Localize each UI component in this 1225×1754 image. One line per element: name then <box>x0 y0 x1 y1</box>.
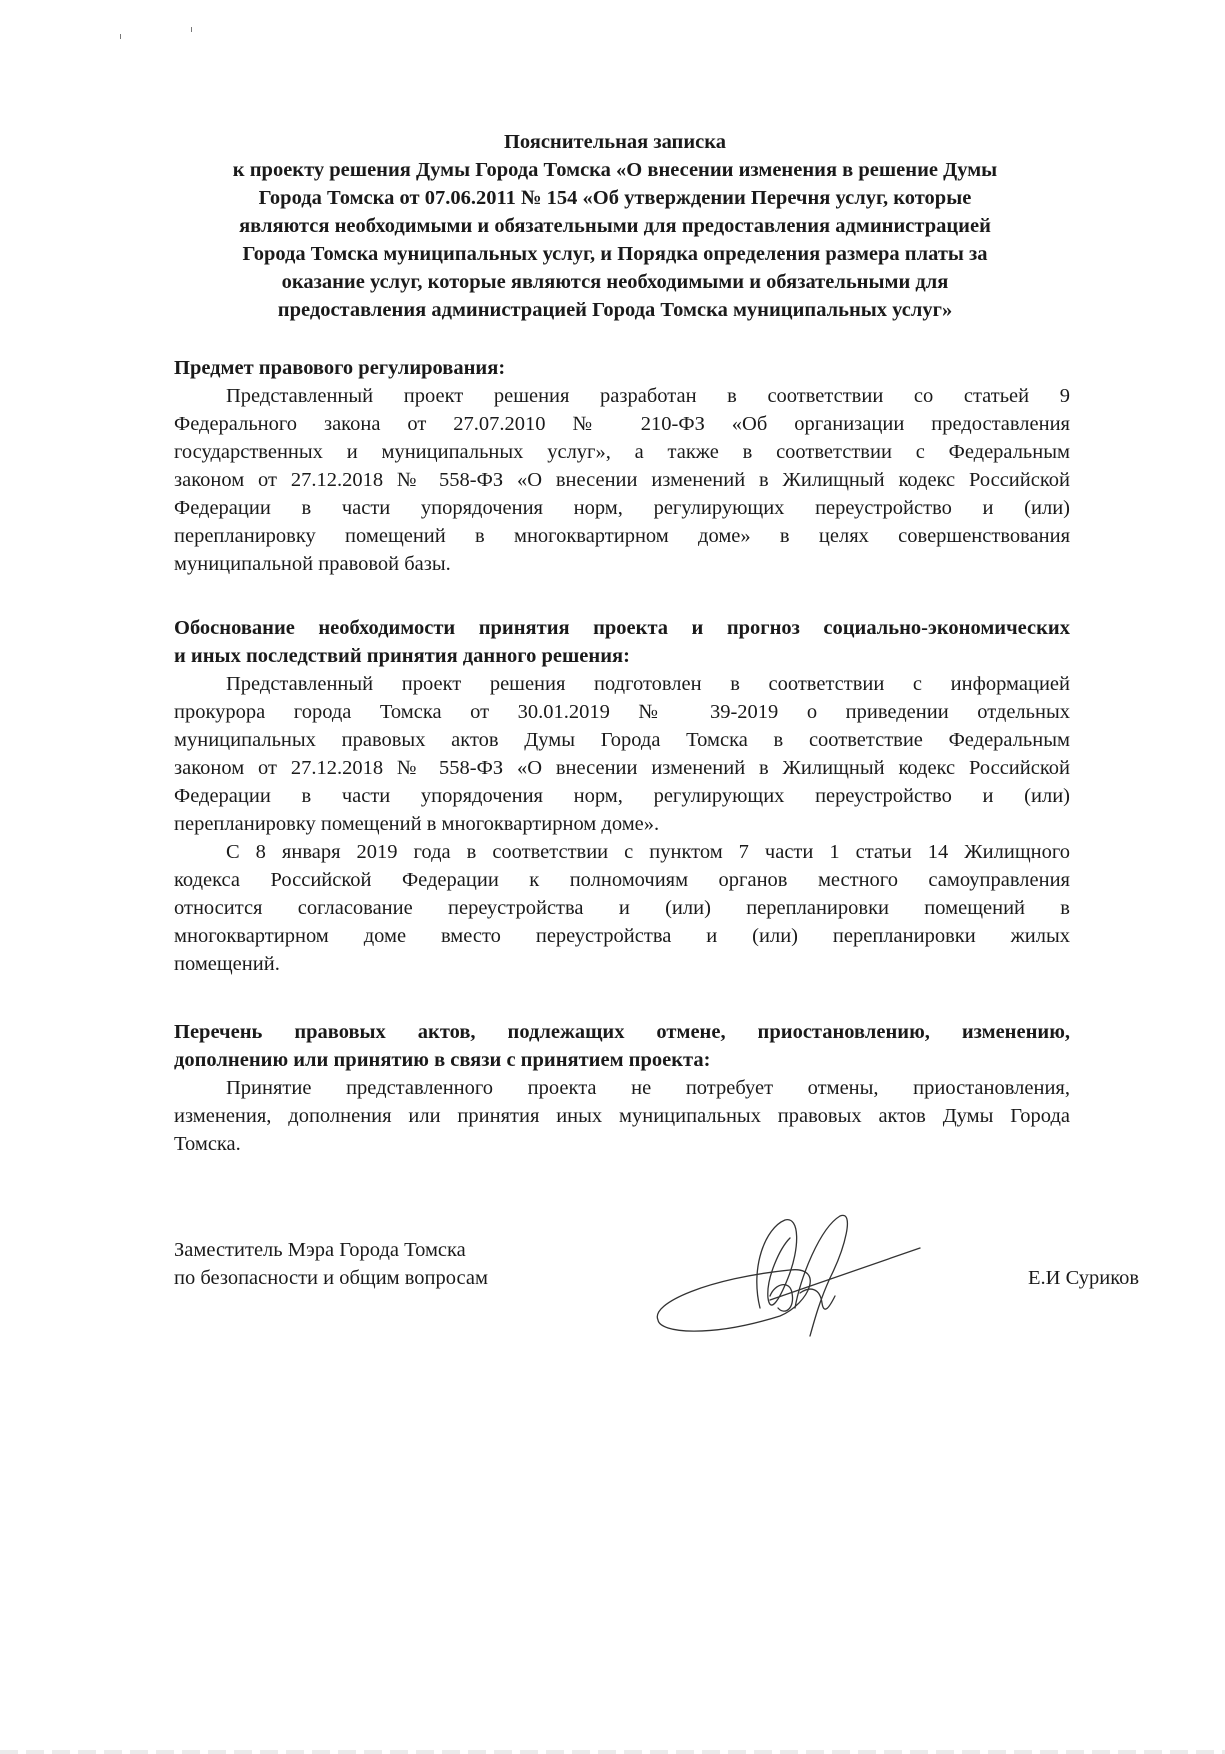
paragraph: Принятие представленного проекта не потр… <box>174 1074 1070 1158</box>
paragraph-line: помещений. <box>174 950 1070 978</box>
position-line: по безопасности и общим вопросам <box>174 1264 488 1292</box>
title-line: к проекту решения Думы Города Томска «О … <box>160 156 1070 184</box>
heading-line: Перечень правовых актов, подлежащих отме… <box>174 1018 1070 1046</box>
paragraph-line: государственных и муниципальных услуг», … <box>174 438 1070 466</box>
title-line: Города Томска от 07.06.2011 № 154 «Об ут… <box>160 184 1070 212</box>
paragraph-line: изменения, дополнения или принятия иных … <box>174 1102 1070 1130</box>
paragraph-line: Принятие представленного проекта не потр… <box>174 1074 1070 1102</box>
paragraph-line: прокурора города Томска от 30.01.2019 № … <box>174 698 1070 726</box>
document-title: Пояснительная записка к проекту решения … <box>160 128 1070 324</box>
paragraph-line: перепланировку помещений в многоквартирн… <box>174 810 1070 838</box>
section-heading: Обоснование необходимости принятия проек… <box>174 614 1070 670</box>
paragraph-line: Федерального закона от 27.07.2010 № 210-… <box>174 410 1070 438</box>
title-line: Пояснительная записка <box>160 128 1070 156</box>
scan-artifact <box>191 27 192 32</box>
scan-edge <box>0 1750 1225 1754</box>
paragraph-line: муниципальных правовых актов Думы Города… <box>174 726 1070 754</box>
heading-line: и иных последствий принятия данного реше… <box>174 642 1070 670</box>
section-justification: Обоснование необходимости принятия проек… <box>174 614 1070 978</box>
paragraph-line: Представленный проект решения разработан… <box>174 382 1070 410</box>
title-line: Города Томска муниципальных услуг, и Пор… <box>160 240 1070 268</box>
paragraph-line: законом от 27.12.2018 № 558-ФЗ «О внесен… <box>174 466 1070 494</box>
paragraph-line: относится согласование переустройства и … <box>174 894 1070 922</box>
section-heading: Перечень правовых актов, подлежащих отме… <box>174 1018 1070 1074</box>
paragraph-line: законом от 27.12.2018 № 558-ФЗ «О внесен… <box>174 754 1070 782</box>
position-line: Заместитель Мэра Города Томска <box>174 1236 488 1264</box>
handwritten-signature-icon <box>650 1208 930 1338</box>
document-page: Пояснительная записка к проекту решения … <box>0 0 1225 1754</box>
scan-artifact <box>120 34 121 39</box>
paragraph-line: кодекса Российской Федерации к полномочи… <box>174 866 1070 894</box>
paragraph-line: Томска. <box>174 1130 1070 1158</box>
paragraph-line: Федерации в части упорядочения норм, рег… <box>174 782 1070 810</box>
paragraph: Представленный проект решения разработан… <box>174 382 1070 578</box>
section-legal-subject: Предмет правового регулирования: Предста… <box>174 354 1070 578</box>
signer-position: Заместитель Мэра Города Томска по безопа… <box>174 1236 488 1292</box>
title-line: оказание услуг, которые являются необход… <box>160 268 1070 296</box>
heading-line: Обоснование необходимости принятия проек… <box>174 614 1070 642</box>
paragraph-line: С 8 января 2019 года в соответствии с пу… <box>174 838 1070 866</box>
paragraph-line: муниципальной правовой базы. <box>174 550 1070 578</box>
title-line: являются необходимыми и обязательными дл… <box>160 212 1070 240</box>
section-heading: Предмет правового регулирования: <box>174 354 1070 382</box>
heading-line: Предмет правового регулирования: <box>174 354 1070 382</box>
title-line: предоставления администрацией Города Том… <box>160 296 1070 324</box>
heading-line: дополнению или принятию в связи с принят… <box>174 1046 1070 1074</box>
paragraph-line: Федерации в части упорядочения норм, рег… <box>174 494 1070 522</box>
paragraph: Представленный проект решения подготовле… <box>174 670 1070 838</box>
signer-name: Е.И Суриков <box>1028 1264 1139 1292</box>
paragraph: С 8 января 2019 года в соответствии с пу… <box>174 838 1070 978</box>
paragraph-line: перепланировку помещений в многоквартирн… <box>174 522 1070 550</box>
paragraph-line: Представленный проект решения подготовле… <box>174 670 1070 698</box>
paragraph-line: многоквартирном доме вместо переустройст… <box>174 922 1070 950</box>
section-affected-acts: Перечень правовых актов, подлежащих отме… <box>174 1018 1070 1158</box>
